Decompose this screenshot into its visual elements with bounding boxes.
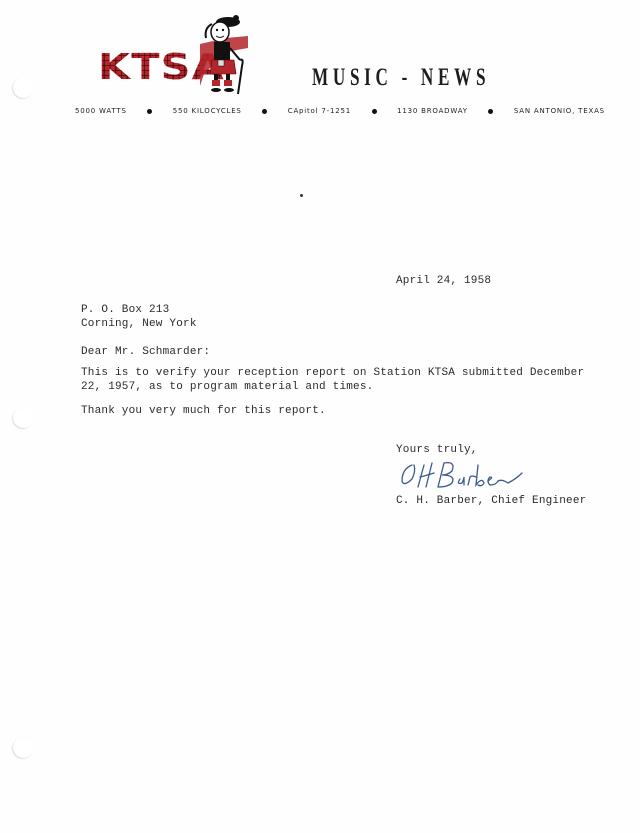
- salutation: Dear Mr. Schmarder:: [81, 345, 210, 359]
- address-line: Corning, New York: [81, 317, 197, 331]
- info-street: 1130 BROADWAY: [397, 107, 468, 115]
- bullet-icon: [488, 109, 493, 114]
- info-phone: CApitol 7-1251: [288, 107, 351, 115]
- info-city: SAN ANTONIO, TEXAS: [514, 107, 605, 115]
- punch-hole: [13, 737, 34, 758]
- body-line: 22, 1957, as to program material and tim…: [81, 380, 584, 394]
- signer-name: C. H. Barber, Chief Engineer: [396, 494, 586, 508]
- station-info-bar: 5000 WATTS 550 KILOCYCLES CApitol 7-1251…: [75, 107, 605, 115]
- piper-mascot-icon: [196, 14, 252, 96]
- punch-hole: [13, 77, 34, 98]
- bullet-icon: [372, 109, 377, 114]
- letter-date: April 24, 1958: [396, 274, 491, 288]
- address-line: P. O. Box 213: [81, 303, 197, 317]
- ink-speck: [300, 194, 303, 197]
- bullet-icon: [147, 109, 152, 114]
- recipient-address: P. O. Box 213Corning, New York: [81, 303, 197, 331]
- body-line: This is to verify your reception report …: [81, 366, 584, 380]
- info-frequency: 550 KILOCYCLES: [173, 107, 242, 115]
- closing: Yours truly,: [396, 443, 478, 457]
- body-line: Thank you very much for this report.: [81, 404, 326, 418]
- body-paragraph: This is to verify your reception report …: [81, 366, 584, 394]
- info-power: 5000 WATTS: [75, 107, 127, 115]
- handwritten-signature: [398, 457, 528, 491]
- punch-hole: [13, 407, 34, 428]
- body-paragraph: Thank you very much for this report.: [81, 404, 326, 418]
- tagline: MUSIC - NEWS: [312, 62, 490, 92]
- bullet-icon: [262, 109, 267, 114]
- letter-page: KTSA MUSIC - NEWS 5000 WATTS: [0, 0, 640, 833]
